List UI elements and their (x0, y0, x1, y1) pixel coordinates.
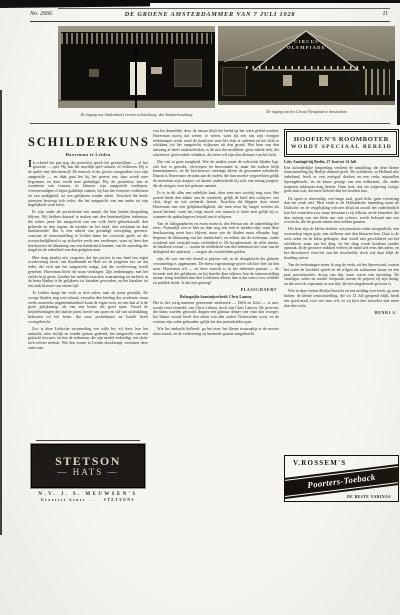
paragraph: Er is in dit alles een zedelijke kant, d… (153, 191, 279, 220)
storefront-door (130, 62, 146, 95)
header-rule-bottom (30, 21, 390, 22)
paragraph: Van de lithographieën en etsen noem ik d… (153, 222, 279, 255)
header-rule-top (58, 8, 390, 9)
paragraph: De opzet is eenvoudig: een lange zaal, g… (284, 197, 399, 226)
photo-right-caption: De ingang van het Circus Olympiade te Am… (218, 110, 395, 114)
page-number: 11 (382, 11, 388, 17)
ad-block: STETSON — HATS — N.V. J. S. MEUWSEN'S Gr… (28, 438, 148, 503)
column-2: van het denzelfde; door de natuur blijft… (153, 129, 279, 502)
paragraph: Ik schreef het pas nog: de portrettist s… (28, 161, 148, 209)
page-header: No. 2666 DE GROENE AMSTERDAMMER VAN 7 JU… (30, 11, 390, 21)
stetson-product: — HATS — (57, 467, 118, 477)
entrance-door-left (283, 75, 292, 86)
circus-photo: CIRCUS OLYMPIADE (218, 26, 395, 105)
photo-left-figure: De ingang van Amsterdam's eersten schouw… (58, 26, 215, 117)
paragraph: Zoo is deze Leidsche verzameling een sti… (28, 327, 148, 351)
building-right-bars (365, 69, 390, 94)
column-1: SCHILDERKUNST Haverman te Leiden Ik schr… (28, 129, 148, 502)
paragraph: Een afzonderlijke bespreking verdient de… (284, 166, 399, 195)
rossem-tagline: DE BESTE VARINAS (347, 495, 391, 499)
storefront-poster-right (151, 67, 162, 74)
photo-right-figure: CIRCUS OLYMPIADE De ingang van het Circu… (218, 26, 395, 114)
paragraph: van het denzelfde; door de natuur blijft… (153, 129, 279, 158)
paragraph: Van de teekeningen noem ik nog de reeks … (284, 263, 399, 287)
paragraph: Wie het ambacht liefheeft, ga het zien: … (153, 327, 279, 337)
scan-edge-left (0, 90, 2, 535)
ground-strip (218, 101, 395, 105)
ad-divider-rule (36, 440, 140, 441)
storefront-window (174, 59, 202, 87)
paragraph: Het in het vorig nummer genoemde aardewe… (153, 301, 279, 325)
paragraph: Wie in deze weken Berlijn bezoekt en een… (284, 289, 399, 308)
paragraph: Er zijn onder de portrettisten een aanta… (28, 210, 148, 253)
rossem-brand: V.ROSSEM'S (293, 459, 346, 467)
rossem-product-banner: Poorters-Toeback (284, 466, 399, 498)
section-subheading: Belangrijke kunstnijverheid: Chris Lanoo… (153, 295, 279, 299)
building-left-wing (222, 67, 247, 95)
photo-sky (58, 26, 215, 32)
scan-edge-top-left (0, 0, 150, 8)
gable-text: CIRCUS OLYMPIADE (271, 39, 342, 51)
author-signature: HENRI S. (284, 311, 397, 315)
storefront-signage (61, 33, 212, 44)
stetson-brand: STETSON (55, 455, 121, 467)
newspaper-page: No. 2666 DE GROENE AMSTERDAMMER VAN 7 JU… (0, 0, 400, 615)
lamp-row (246, 66, 366, 69)
storefront-photo (58, 26, 215, 108)
article-subtitle: Haverman te Leiden (28, 152, 148, 157)
caption-divider-rule (30, 123, 390, 124)
stetson-hats-ad: STETSON — HATS — (31, 444, 145, 488)
paragraph: Men mag daarbij niet vergeten, dat het p… (28, 256, 148, 289)
meuwsen-tagline: Grootste keuze . . . STETSONS (28, 498, 148, 502)
van-rossem-tobacco-ad: V.ROSSEM'S Poorters-Toeback DE BESTE VAR… (284, 455, 399, 502)
hoofien-line2: WORDT SPECIAAL BEREID (288, 144, 395, 150)
article-title: SCHILDERKUNST (28, 135, 148, 150)
paragraph: Die rust is geen traagheid. Wie de studi… (153, 160, 279, 189)
masthead-title: DE GROENE AMSTERDAMMER VAN 7 JULI 1928 (30, 11, 390, 18)
meuwsen-ad: N.V. J. S. MEUWSEN'S Grootste keuze . . … (28, 492, 148, 503)
article-columns: SCHILDERKUNST Haverman te Leiden Ik schr… (28, 129, 399, 502)
photo-left-caption: De ingang van Amsterdam's eersten schouw… (58, 113, 215, 117)
column3-heading: Litty Amslagh bij Berlin, 27 Juni tot 14… (284, 160, 399, 164)
lamp-post (135, 47, 137, 108)
author-signature: PLASSCHAERT (153, 288, 277, 292)
meuwsen-name: N.V. J. S. MEUWSEN'S (28, 492, 148, 497)
hoofien-roomboter-ad: HOOFIEN'S ROOMBOTER WORDT SPECIAAL BEREI… (286, 131, 397, 155)
paragraph: Het best zijn de kleine doeken: een moes… (284, 227, 399, 260)
gable-text-line2: OLYMPIADE (271, 45, 342, 51)
paragraph: Te Leiden hangt het werk in drie zalen, … (28, 291, 148, 324)
storefront-poster-left (89, 69, 98, 77)
photo-edge-highlight (58, 32, 61, 108)
entrance-door-right (319, 75, 328, 86)
paragraph: zijn, als wat van een tiental te prijzen… (153, 257, 279, 286)
hoofien-line1: HOOFIEN'S ROOMBOTER (288, 136, 395, 143)
column-3: HOOFIEN'S ROOMBOTER WORDT SPECIAAL BEREI… (284, 129, 399, 502)
